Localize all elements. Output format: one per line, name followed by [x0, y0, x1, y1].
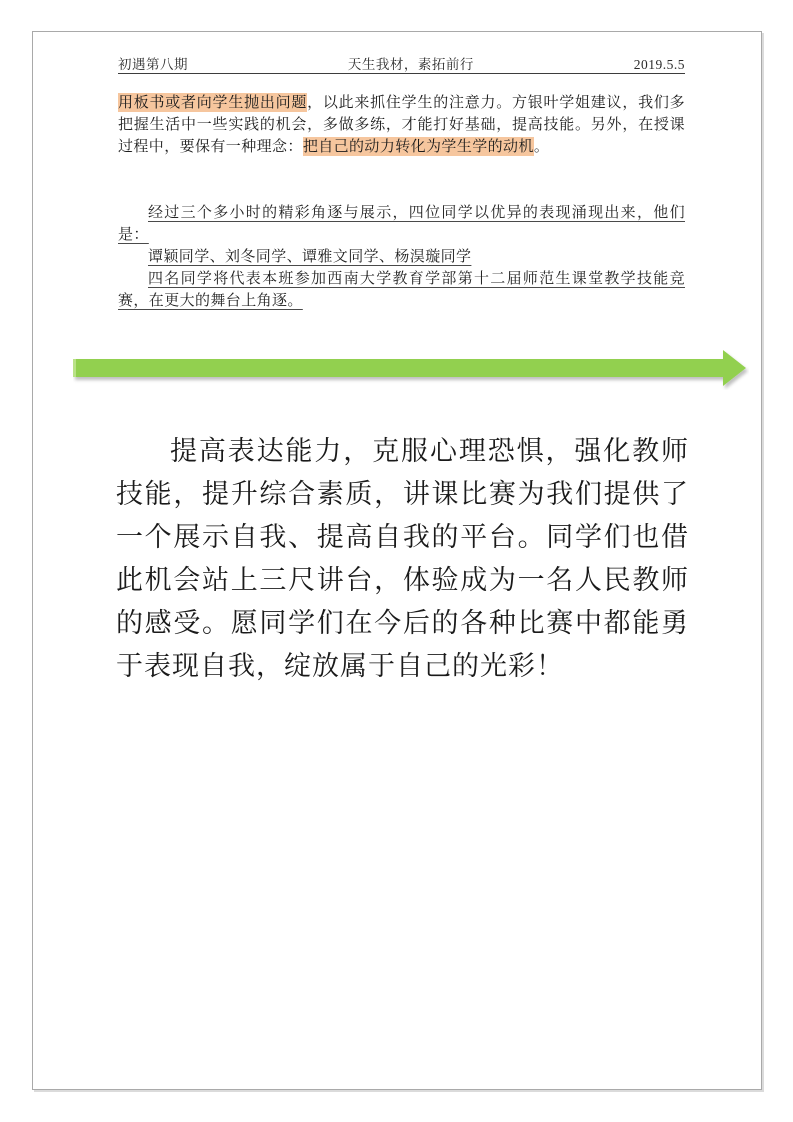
- page-header: 初遇第八期 天生我材，素拓前行 2019.5.5: [118, 53, 685, 73]
- results-section: 经过三个多小时的精彩角逐与展示，四位同学以优异的表现涌现出来，他们是： 谭颖同学…: [118, 202, 685, 312]
- results-next-competition: 四名同学将代表本班参加西南大学教育学部第十二届师范生课堂教学技能竞赛，在更大的舞…: [118, 268, 685, 312]
- right-arrow-icon: [73, 348, 749, 390]
- green-arrow-divider: [73, 348, 749, 390]
- header-title: 天生我材，素拓前行: [348, 53, 474, 73]
- header-issue-label: 初遇第八期: [118, 53, 188, 73]
- highlighted-phrase-motivation: 把自己的动力转化为学生学的动机: [303, 137, 534, 156]
- document-page: 初遇第八期 天生我材，素拓前行 2019.5.5 用板书或者向学生抛出问题，以此…: [32, 31, 762, 1090]
- intro-paragraph: 用板书或者向学生抛出问题，以此来抓住学生的注意力。方银叶学姐建议，我们多把握生活…: [118, 92, 685, 158]
- header-date: 2019.5.5: [634, 57, 685, 73]
- results-winner-names: 谭颖同学、刘冬同学、谭雅文同学、杨淏璇同学: [118, 246, 685, 268]
- calligraphy-closing-text: 提高表达能力，克服心理恐惧，强化教师技能，提升综合素质，讲课比赛为我们提供了一个…: [116, 430, 689, 688]
- results-summary-line: 经过三个多小时的精彩角逐与展示，四位同学以优异的表现涌现出来，他们是：: [118, 202, 685, 246]
- highlighted-phrase-board-writing: 用板书或者向学生抛出问题: [118, 93, 307, 112]
- header-rule: [118, 73, 685, 74]
- intro-text-end: 。: [534, 138, 549, 155]
